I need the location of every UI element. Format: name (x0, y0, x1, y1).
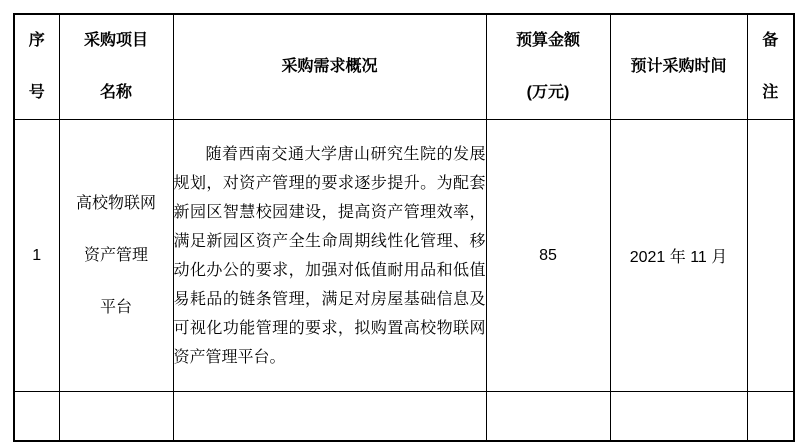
demand-overview-paragraph: 随着西南交通大学唐山研究生院的发展规划，对资产管理的要求逐步提升。为配套新园区智… (174, 140, 486, 372)
cell-serial-number: 1 (14, 120, 59, 392)
header-project-name: 采购项目 名称 (59, 14, 173, 120)
header-line: 预算金额 (487, 15, 610, 67)
header-line: 采购需求概况 (174, 41, 486, 93)
cell-budget-amount: 85 (486, 120, 610, 392)
header-line: 序 (15, 15, 59, 67)
header-line: 号 (15, 67, 59, 119)
table-row: 1 高校物联网 资产管理 平台 随着西南交通大学唐山研究生院的发展规划，对资产管… (14, 120, 794, 392)
project-name-line: 平台 (60, 282, 173, 334)
cell-expected-purchase-time: 2021 年 11 月 (610, 120, 747, 392)
table-header-row: 序 号 采购项目 名称 采购需求概况 预算金额 (万元) 预计采购时间 (14, 14, 794, 120)
cell-demand-overview: 随着西南交通大学唐山研究生院的发展规划，对资产管理的要求逐步提升。为配套新园区智… (173, 120, 486, 392)
header-line: 注 (748, 67, 794, 119)
project-name-line: 高校物联网 (60, 178, 173, 230)
header-line: 备 (748, 15, 794, 67)
header-serial-number: 序 号 (14, 14, 59, 120)
cell-project-name: 高校物联网 资产管理 平台 (59, 120, 173, 392)
cell-budget-amount (486, 392, 610, 441)
cell-project-name (59, 392, 173, 441)
header-line: (万元) (487, 67, 610, 119)
header-line: 预计采购时间 (611, 41, 747, 93)
table-row-empty (14, 392, 794, 441)
procurement-plan-table: 序 号 采购项目 名称 采购需求概况 预算金额 (万元) 预计采购时间 (13, 13, 795, 442)
project-name-line: 资产管理 (60, 230, 173, 282)
header-budget-amount: 预算金额 (万元) (486, 14, 610, 120)
cell-remarks (747, 120, 794, 392)
document-page: 序 号 采购项目 名称 采购需求概况 预算金额 (万元) 预计采购时间 (0, 0, 805, 447)
header-expected-purchase-time: 预计采购时间 (610, 14, 747, 120)
cell-serial-number (14, 392, 59, 441)
cell-expected-purchase-time (610, 392, 747, 441)
header-line: 名称 (60, 67, 173, 119)
header-remarks: 备 注 (747, 14, 794, 120)
cell-remarks (747, 392, 794, 441)
header-demand-overview: 采购需求概况 (173, 14, 486, 120)
header-line: 采购项目 (60, 15, 173, 67)
cell-demand-overview (173, 392, 486, 441)
